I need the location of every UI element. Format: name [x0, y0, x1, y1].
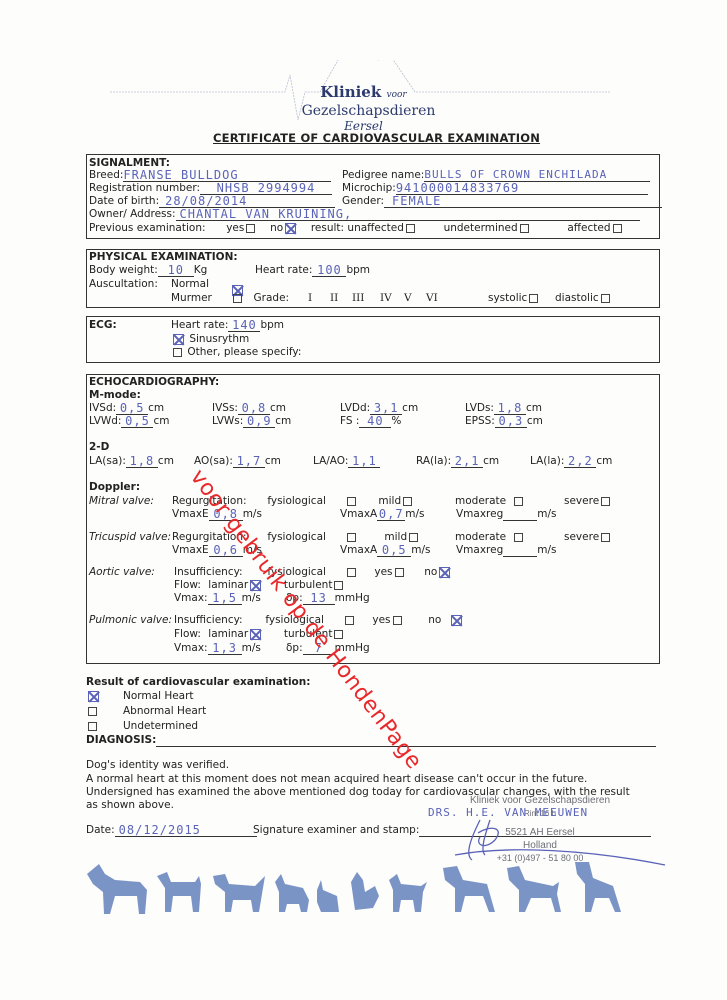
tricuspid-vmaxreg-label: Vmaxreg: [456, 544, 503, 556]
auscultation-label: Auscultation:: [89, 278, 158, 290]
mitral-label: Mitral valve:: [89, 495, 154, 508]
mitral-vmaxreg-field[interactable]: [503, 509, 537, 521]
systolic-checkbox[interactable]: [529, 294, 538, 303]
aortic-yes-label: yes: [374, 566, 392, 578]
diastolic-label: diastolic: [555, 292, 599, 304]
tricuspid-vmaxa-unit: m/s: [411, 544, 430, 556]
registration-label: Registration number:: [89, 182, 200, 194]
aortic-dp-unit: mmHg: [335, 592, 370, 604]
mitral-vmaxa-label: VmaxA: [340, 508, 377, 520]
normal-heart-checkbox[interactable]: [88, 691, 99, 702]
tricuspid-vmaxe-label: VmaxE: [172, 544, 209, 556]
tricuspid-vmaxreg-unit: m/s: [537, 544, 556, 556]
twod-label: RA(la):: [416, 455, 451, 467]
aortic-flow-label: Flow:: [174, 579, 201, 591]
twod-heading: 2-D: [89, 441, 109, 454]
physical-hr-field[interactable]: 100: [312, 264, 346, 277]
systolic-label: systolic: [488, 292, 527, 304]
footer-line1: Dog's identity was verified.: [86, 759, 229, 772]
abnormal-heart-label: Abnormal Heart: [123, 705, 206, 717]
pulmonic-vmax-label: Vmax:: [174, 642, 208, 654]
signature-label: Signature examiner and stamp:: [253, 824, 419, 836]
mitral-mild-checkbox[interactable]: [403, 497, 412, 506]
animal-silhouettes-decoration: [85, 862, 645, 917]
pulmonic-turbulent-checkbox[interactable]: [334, 630, 343, 639]
pulmonic-insuff-label: Insufficiency:: [174, 614, 262, 627]
mmode-label: IVSd:: [89, 402, 116, 414]
pulmonic-yes-checkbox[interactable]: [393, 616, 402, 625]
mitral-moderate-checkbox[interactable]: [514, 497, 523, 506]
pulmonic-vmax-field[interactable]: 1,3: [208, 642, 242, 655]
mitral-vmaxa-field[interactable]: 0,7: [377, 508, 405, 521]
grade-label: Grade:: [254, 292, 290, 304]
ecg-heading: ECG:: [89, 319, 117, 332]
tricuspid-severe-label: severe: [564, 531, 599, 543]
unaffected-checkbox[interactable]: [406, 224, 415, 233]
breed-label: Breed:: [89, 169, 123, 181]
mmode-unit: cm: [527, 415, 543, 427]
aortic-laminar-label: laminar: [208, 579, 248, 591]
tricuspid-severe-checkbox[interactable]: [601, 533, 610, 542]
result-heading: Result of cardiovascular examination:: [86, 676, 310, 689]
twod-measure: RA(la):2,1cm: [416, 455, 499, 468]
pulmonic-fysio-checkbox[interactable]: [345, 616, 354, 625]
tricuspid-moderate-checkbox[interactable]: [514, 533, 523, 542]
pulmonic-laminar-label: laminar: [208, 628, 248, 640]
doppler-heading: Doppler:: [89, 481, 140, 494]
pulmonic-no-checkbox[interactable]: [451, 615, 462, 626]
pulmonic-label: Pulmonic valve:: [89, 614, 172, 627]
tricuspid-vmaxa-label: VmaxA: [340, 544, 377, 556]
mmode-label: LVDd:: [340, 402, 370, 414]
mitral-fysio-label: fysiological: [267, 495, 341, 508]
grade-5[interactable]: V: [404, 292, 426, 305]
mmode-unit: cm: [402, 402, 418, 414]
murmer-label: Murmer: [171, 292, 212, 304]
tricuspid-vmaxreg-field[interactable]: [503, 545, 537, 557]
diagnosis-label: DIAGNOSIS:: [86, 734, 156, 746]
pulmonic-laminar-checkbox[interactable]: [250, 629, 261, 640]
mitral-mild-label: mild: [378, 495, 401, 507]
logo-line1: Kliniek: [320, 83, 381, 101]
mmode-measure: FS :40%: [340, 415, 401, 428]
twod-measure: LA/AO:1,1: [313, 455, 380, 468]
undetermined-checkbox[interactable]: [520, 224, 529, 233]
affected-checkbox[interactable]: [613, 224, 622, 233]
twod-measure: AO(sa):1,7cm: [194, 455, 281, 468]
aortic-no-checkbox[interactable]: [439, 567, 450, 578]
mitral-severe-checkbox[interactable]: [601, 497, 610, 506]
pulmonic-no-label: no: [428, 614, 441, 626]
ecg-hr-label: Heart rate:: [171, 319, 228, 331]
twod-label: LA(la):: [530, 455, 564, 467]
mitral-vmaxreg-unit: m/s: [537, 508, 556, 520]
pulmonic-yes-label: yes: [372, 614, 390, 626]
previous-yes-checkbox[interactable]: [246, 224, 255, 233]
abnormal-heart-checkbox[interactable]: [88, 707, 97, 716]
twod-value-field[interactable]: 2,2: [564, 455, 596, 468]
gender-field[interactable]: FEMALE: [384, 195, 662, 208]
mmode-value-field[interactable]: 0,3: [495, 415, 527, 428]
mmode-value-field[interactable]: 0,5: [121, 415, 153, 428]
date-label: Date:: [86, 824, 115, 836]
footer-line4: as shown above.: [86, 799, 174, 812]
mmode-label: LVWd:: [89, 415, 121, 427]
aortic-vmax-label: Vmax:: [174, 592, 208, 604]
mmode-label: FS :: [340, 415, 359, 427]
mmode-unit: cm: [270, 402, 286, 414]
twod-label: LA(sa):: [89, 455, 126, 467]
previous-yes-label: yes: [226, 222, 244, 234]
physical-heading: PHYSICAL EXAMINATION:: [89, 251, 238, 264]
mmode-unit: %: [391, 415, 401, 427]
mmode-measure: EPSS:0,3cm: [465, 415, 543, 428]
mmode-unit: cm: [275, 415, 291, 427]
grade-4[interactable]: IV: [380, 292, 404, 305]
aortic-label: Aortic valve:: [89, 566, 155, 579]
twod-value-field[interactable]: 1,1: [348, 455, 380, 468]
logo-line2: Gezelschapsdieren: [0, 103, 727, 119]
undetermined-result-checkbox[interactable]: [88, 722, 97, 731]
mmode-unit: cm: [153, 415, 169, 427]
mmode-unit: cm: [148, 402, 164, 414]
echo-heading: ECHOCARDIOGRAPHY:: [89, 376, 219, 389]
tricuspid-mild-label: mild: [384, 531, 407, 543]
twod-unit: cm: [596, 455, 612, 467]
sinus-checkbox[interactable]: [173, 334, 184, 345]
tricuspid-mild-checkbox[interactable]: [409, 533, 418, 542]
grade-1[interactable]: I: [308, 292, 330, 305]
mmode-unit: cm: [526, 402, 542, 414]
aortic-fysio-checkbox[interactable]: [347, 568, 356, 577]
pulmonic-dp-label: δp:: [286, 642, 303, 654]
mmode-value-field[interactable]: 40: [359, 415, 391, 428]
weight-unit: Kg: [194, 264, 208, 276]
ecg-hr-unit: bpm: [260, 319, 284, 331]
aortic-turbulent-checkbox[interactable]: [334, 581, 343, 590]
affected-label: affected: [567, 222, 610, 234]
previous-exam-label: Previous examination:: [89, 222, 206, 234]
previous-no-label: no: [270, 222, 283, 234]
mmode-measure: LVWd:0,5cm: [89, 415, 169, 428]
aortic-vmax-unit: m/s: [242, 592, 261, 604]
previous-no-checkbox[interactable]: [285, 223, 296, 234]
grade-3[interactable]: III: [352, 292, 380, 305]
gender-label: Gender:: [342, 195, 384, 207]
tricuspid-moderate-label: moderate: [455, 531, 506, 543]
sinus-label: Sinusrythm: [189, 333, 249, 345]
aortic-laminar-checkbox[interactable]: [250, 580, 261, 591]
undetermined-label: undetermined: [444, 222, 518, 234]
physical-hr-unit: bpm: [346, 264, 370, 276]
twod-unit: cm: [483, 455, 499, 467]
grade-6[interactable]: VI: [426, 292, 448, 305]
mitral-fysio-checkbox[interactable]: [347, 497, 356, 506]
mitral-vmaxe-label: VmaxE: [172, 508, 209, 520]
mitral-vmaxreg-label: Vmaxreg: [456, 508, 503, 520]
logo-line1-small: voor: [386, 90, 406, 100]
twod-unit: cm: [158, 455, 174, 467]
page-title: CERTIFICATE OF CARDIOVASCULAR EXAMINATIO…: [213, 131, 540, 145]
twod-label: AO(sa):: [194, 455, 233, 467]
other-checkbox[interactable]: [173, 348, 182, 357]
tricuspid-vmaxa-field[interactable]: 0,5: [377, 544, 411, 557]
mmode-label: LVDs:: [465, 402, 494, 414]
aortic-vmax-field[interactable]: 1,5: [208, 592, 242, 605]
twod-value-field[interactable]: 1,7: [233, 455, 265, 468]
twod-label: LA/AO:: [313, 455, 348, 467]
mitral-severe-label: severe: [564, 495, 599, 507]
twod-value-field[interactable]: 1,8: [126, 455, 158, 468]
mmode-label: LVWs:: [212, 415, 243, 427]
dob-label: Date of birth:: [89, 195, 159, 207]
result-unaffected-label: result: unaffected: [311, 222, 404, 234]
murmer-checkbox[interactable]: [233, 294, 242, 303]
weight-field[interactable]: 10: [158, 264, 194, 277]
normal-heart-label: Normal Heart: [123, 690, 194, 702]
physical-hr-label: Heart rate:: [255, 264, 312, 276]
mmode-label: EPSS:: [465, 415, 495, 427]
tricuspid-fysio-label: fysiological: [267, 531, 341, 544]
microchip-label: Microchip:: [342, 182, 396, 194]
mmode-measure: LVWs:0,9cm: [212, 415, 291, 428]
other-label: Other, please specify:: [187, 346, 301, 358]
owner-field[interactable]: CHANTAL VAN KRUINING,: [176, 208, 640, 221]
twod-value-field[interactable]: 2,1: [451, 455, 483, 468]
mitral-vmaxa-unit: m/s: [405, 508, 424, 520]
pedigree-label: Pedigree name:: [342, 169, 424, 181]
diastolic-checkbox[interactable]: [601, 294, 610, 303]
mmode-value-field[interactable]: 0,9: [243, 415, 275, 428]
grade-2[interactable]: II: [330, 292, 352, 305]
footer-line2: A normal heart at this moment does not m…: [86, 773, 587, 786]
twod-unit: cm: [265, 455, 281, 467]
owner-label: Owner/ Address:: [89, 208, 176, 220]
date-field[interactable]: 08/12/2015: [115, 824, 257, 837]
clinic-logo: Kliniek voor Gezelschapsdieren Eersel: [0, 84, 727, 133]
tricuspid-fysio-checkbox[interactable]: [347, 533, 356, 542]
aortic-no-label: no: [424, 566, 437, 578]
pulmonic-flow-label: Flow:: [174, 628, 201, 640]
aortic-yes-checkbox[interactable]: [395, 568, 404, 577]
weight-label: Body weight:: [89, 264, 158, 276]
pulmonic-vmax-unit: m/s: [242, 642, 261, 654]
normal-label: Normal: [171, 278, 209, 290]
twod-measure: LA(sa):1,8cm: [89, 455, 174, 468]
ecg-hr-field[interactable]: 140: [228, 319, 260, 332]
twod-measure: LA(la):2,2cm: [530, 455, 612, 468]
mmode-label: IVSs:: [212, 402, 238, 414]
undetermined-result-label: Undetermined: [123, 720, 198, 732]
tricuspid-label: Tricuspid valve:: [89, 531, 171, 544]
mitral-moderate-label: moderate: [455, 495, 506, 507]
